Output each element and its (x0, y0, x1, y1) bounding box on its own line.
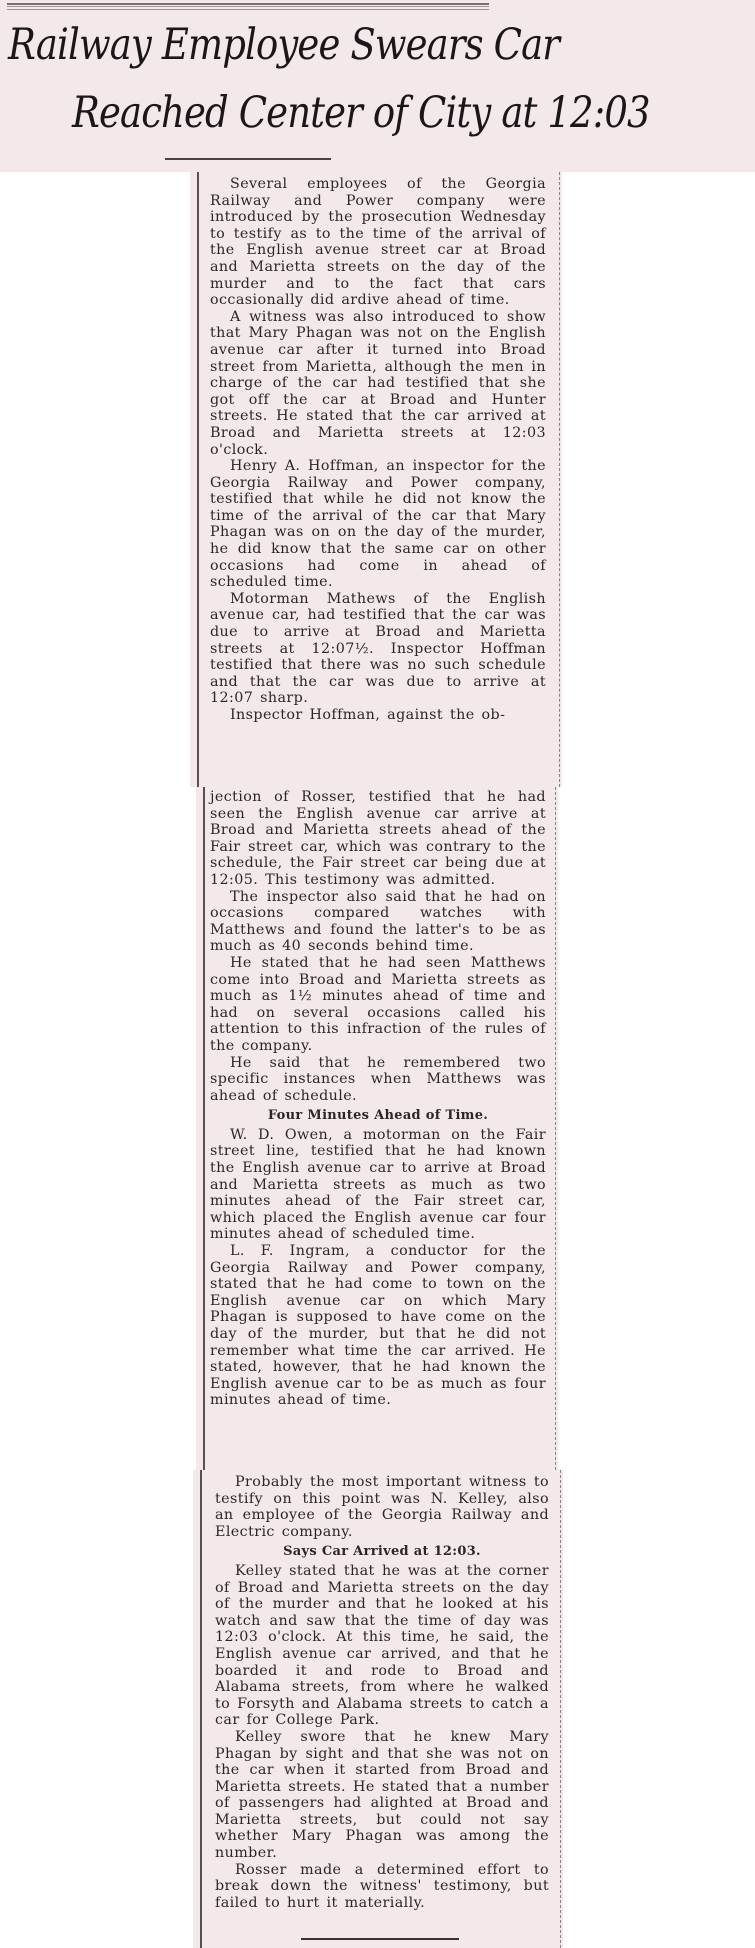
paragraph: Henry A. Hoffman, an inspector for the G… (210, 458, 546, 591)
article-column-2: jection of Rosser, testified that he had… (196, 787, 558, 1470)
paragraph: Rosser made a determined effort to break… (215, 1862, 549, 1912)
paragraph: jection of Rosser, testified that he had… (210, 789, 546, 889)
paragraph: W. D. Owen, a motorman on the Fair stree… (210, 1127, 546, 1243)
headline-clipping: Railway Employee Swears Car Reached Cent… (0, 0, 755, 172)
article-column-3: Probably the most important witness to t… (193, 1470, 563, 1948)
article-column-1: Several employees of the Georgia Railway… (190, 172, 562, 787)
paragraph: He stated that he had seen Matthews come… (210, 955, 546, 1055)
paragraph: The inspector also said that he had on o… (210, 889, 546, 955)
paragraph: Kelley stated that he was at the corner … (215, 1563, 549, 1729)
headline-rule (165, 158, 331, 160)
column-rule-right (555, 787, 556, 1470)
top-rule-divider-secondary (7, 6, 489, 11)
column-rule-left (197, 172, 199, 787)
paragraph: Inspector Hoffman, against the ob- (210, 707, 546, 724)
paragraph: Kelley swore that he knew Mary Phagan by… (215, 1729, 549, 1862)
paragraph: He said that he remembered two specific … (210, 1055, 546, 1105)
paragraph: Probably the most important witness to t… (215, 1474, 549, 1540)
paragraph: Motorman Mathews of the English avenue c… (210, 591, 546, 707)
paragraph: L. F. Ingram, a conductor for the Georgi… (210, 1243, 546, 1409)
headline-line-2: Reached Center of City at 12:03 (72, 88, 650, 138)
subheading: Four Minutes Ahead of Time. (210, 1108, 546, 1125)
column-rule-right (560, 1470, 561, 1948)
column-rule-left (200, 1470, 202, 1948)
paragraph: Several employees of the Georgia Railway… (210, 176, 546, 309)
headline-line-1: Railway Employee Swears Car (8, 20, 559, 70)
subheading: Says Car Arrived at 12:03. (215, 1544, 549, 1561)
column-rule-right (559, 172, 560, 787)
paragraph: A witness was also introduced to show th… (210, 309, 546, 458)
article-end-rule (301, 1938, 459, 1940)
column-rule-left (203, 787, 205, 1470)
